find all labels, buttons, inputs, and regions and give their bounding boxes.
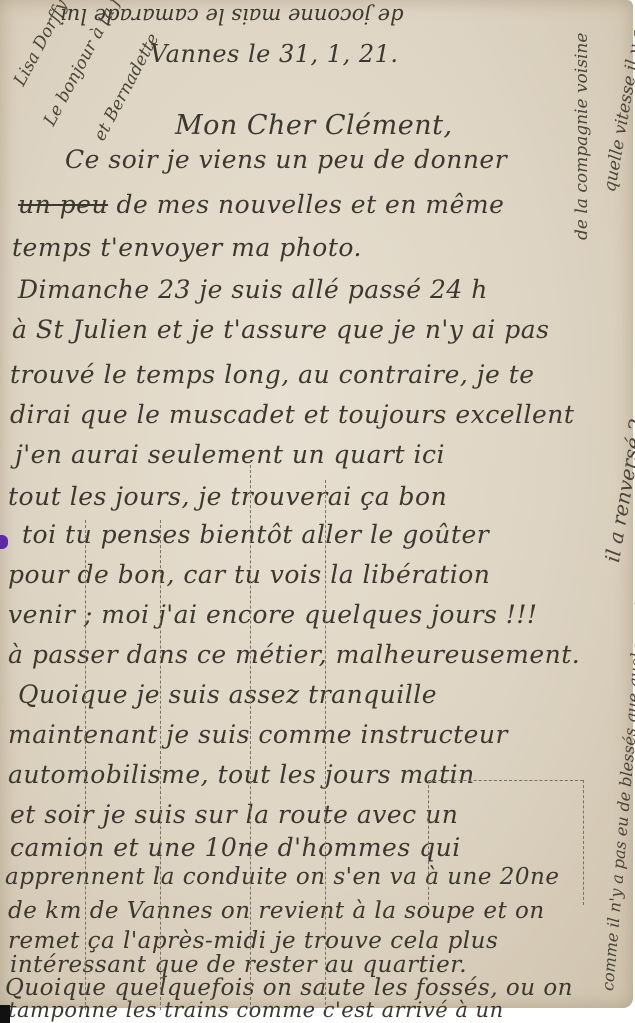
postcard-back: de joconne mais le camarade lui Vannes l… — [0, 0, 633, 1008]
right-margin-note: comme il n'y a pas eu de blessés que que… — [598, 578, 635, 992]
printed-divider-line — [325, 480, 326, 1010]
body-line: et soir je suis sur la route avec un — [10, 800, 458, 829]
body-line: tout les jours, je trouverai ça bon — [8, 482, 447, 511]
body-line: Quoique je suis assez tranquille — [18, 680, 437, 709]
body-line: à passer dans ce métier, malheureusement… — [8, 640, 580, 669]
body-line: tamponne les trains comme c'est arrivé à… — [8, 998, 504, 1022]
right-margin-note: quelle vitesse il y avait — [600, 0, 635, 193]
body-line: maintenant je suis comme instructeur — [8, 720, 508, 749]
body-line: toi tu penses bientôt aller le goûter — [22, 520, 489, 549]
purple-ink-mark — [0, 535, 8, 549]
stamp-box-top — [428, 780, 583, 781]
place-date: Vannes le 31, 1, 21. — [150, 40, 399, 68]
body-line: de km de Vannes on revient à la soupe et… — [8, 898, 545, 924]
printed-divider-line — [160, 520, 161, 1010]
body-line: dirai que le muscadet et toujours excell… — [10, 400, 574, 429]
body-line: temps t'envoyer ma photo. — [12, 233, 362, 262]
right-margin-note: de la compagnie voisine — [572, 33, 592, 240]
struck-text: un peu — [18, 190, 108, 219]
body-line: un peu de mes nouvelles et en même — [18, 190, 504, 219]
scan-edge — [0, 1005, 10, 1023]
body-line: trouvé le temps long, au contraire, je t… — [10, 360, 535, 389]
body-line: camion et une 10ne d'hommes qui — [10, 833, 461, 862]
printed-divider-line — [250, 460, 251, 1010]
stamp-box-right — [583, 780, 584, 905]
salutation: Mon Cher Clément, — [175, 110, 453, 141]
body-line: Ce soir je viens un peu de donner — [65, 145, 507, 174]
body-line: venir ; moi j'ai encore quelques jours !… — [8, 600, 537, 629]
printed-divider-line — [85, 520, 86, 1010]
body-line: remet ça l'après-midi je trouve cela plu… — [8, 928, 498, 954]
stamp-box-left — [428, 780, 429, 905]
body-line: automobilisme, tout les jours matin — [8, 760, 475, 789]
body-line: apprennent la conduite on s'en va à une … — [5, 864, 559, 890]
body-line: j'en aurai seulement un quart ici — [15, 440, 445, 469]
body-line: à St Julien et je t'assure que je n'y ai… — [12, 315, 549, 344]
right-margin-note: il a renversé 2 wagons — [600, 334, 635, 564]
body-line: Dimanche 23 je suis allé passé 24 h — [18, 275, 488, 304]
